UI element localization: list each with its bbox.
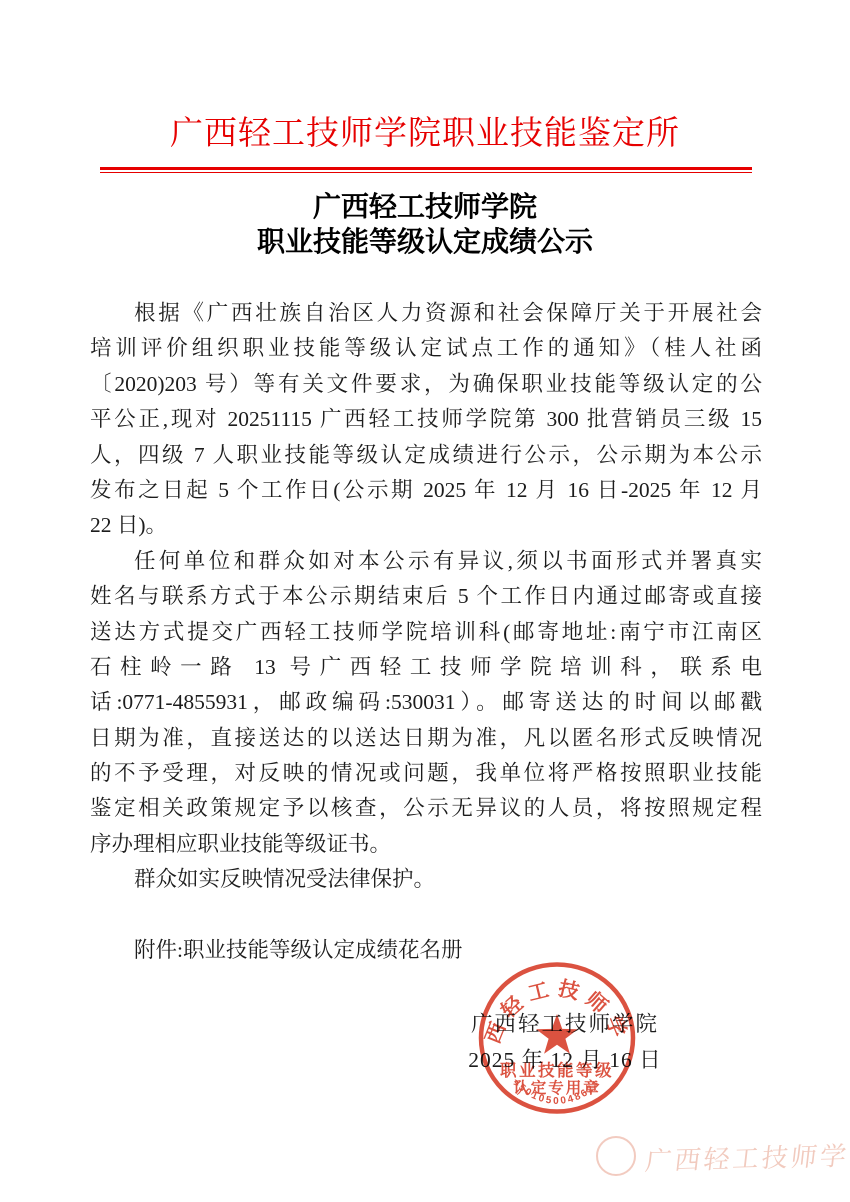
body-line: 姓名与联系方式于本公示期结束后 5 个工作日内通过邮寄或直接	[90, 579, 762, 614]
body-line: 序办理相应职业技能等级证书。	[90, 827, 762, 862]
red-divider-thin-line	[100, 172, 752, 173]
document-body: 根据《广西壮族自治区人力资源和社会保障厅关于开展社会培训评价组织职业技能等级认定…	[90, 296, 762, 898]
body-line: 〔2020)203 号）等有关文件要求，为确保职业技能等级认定的公	[90, 367, 762, 402]
body-line: 平公正,现对 20251115 广西轻工技师学院第 300 批营销员三级 15	[90, 402, 762, 437]
body-line: 培训评价组织职业技能等级认定试点工作的通知》（桂人社函	[90, 331, 762, 366]
official-seal-stamp: 广西轻工技师学院 职业技能等级 认定专用章 4501050048621	[476, 960, 638, 1117]
faint-watermark: 广西轻工技师学院	[596, 1136, 850, 1176]
body-line: 群众如实反映情况受法律保护。	[90, 862, 762, 897]
document-page: 广西轻工技师学院职业技能鉴定所 广西轻工技师学院 职业技能等级认定成绩公示 根据…	[0, 0, 850, 1202]
watermark-logo-icon	[596, 1136, 636, 1176]
red-header-title: 广西轻工技师学院职业技能鉴定所	[0, 114, 850, 154]
body-line: 鉴定相关政策规定予以核查，公示无异议的人员，将按照规定程	[90, 791, 762, 826]
seal-line1: 职业技能等级	[500, 1060, 614, 1080]
red-divider-thick-line	[100, 167, 752, 170]
body-line: 根据《广西壮族自治区人力资源和社会保障厅关于开展社会	[90, 296, 762, 331]
body-line: 的不予受理，对反映的情况或问题，我单位将严格按照职业技能	[90, 756, 762, 791]
body-line: 22 日)。	[90, 508, 762, 543]
document-title-line1: 广西轻工技师学院	[0, 190, 850, 225]
body-line: 送达方式提交广西轻工技师学院培训科(邮寄地址:南宁市江南区	[90, 615, 762, 650]
attachment-line: 附件:职业技能等级认定成绩花名册	[134, 937, 462, 963]
body-line: 人，四级 7 人职业技能等级认定成绩进行公示，公示期为本公示	[90, 438, 762, 473]
red-divider-line	[100, 167, 752, 173]
document-title-line2: 职业技能等级认定成绩公示	[0, 225, 850, 260]
seal-star-icon	[536, 1014, 578, 1054]
watermark-text: 广西轻工技师学院	[643, 1134, 850, 1177]
document-title: 广西轻工技师学院 职业技能等级认定成绩公示	[0, 190, 850, 260]
body-line: 发布之日起 5 个工作日(公示期 2025 年 12 月 16 日-2025 年…	[90, 473, 762, 508]
body-line: 日期为准，直接送达的以送达日期为准，凡以匿名形式反映情况	[90, 721, 762, 756]
body-line: 石柱岭一路 13 号广西轻工技师学院培训科，联系电	[90, 650, 762, 685]
body-line: 任何单位和群众如对本公示有异议,须以书面形式并署真实	[90, 544, 762, 579]
body-line: 话:0771-4855931，邮政编码:530031）。邮寄送达的时间以邮戳	[90, 685, 762, 720]
